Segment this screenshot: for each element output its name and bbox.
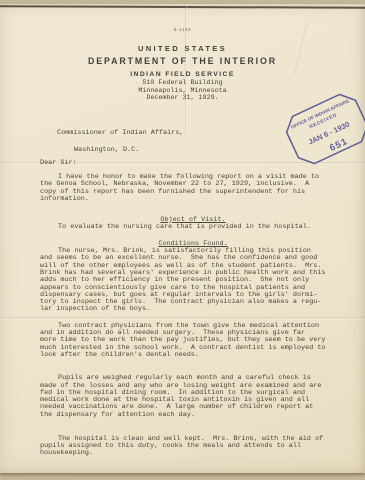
letterhead: 5-1142 UNITED STATES DEPARTMENT OF THE I… [0, 27, 365, 103]
form-number: 5-1142 [0, 27, 365, 32]
typed-line: information. [40, 196, 346, 203]
letter-page: 5-1142 UNITED STATES DEPARTMENT OF THE I… [0, 4, 365, 473]
conditions-paragraph-1: The nurse, Mrs. Brink, is satisfactorily… [40, 248, 346, 314]
typed-line: lar inspection of the boys. [40, 306, 346, 313]
recipient-line1: Commissioner of Indian Affairs, [57, 130, 183, 137]
intro-paragraph: I have the honor to make the following r… [40, 174, 346, 203]
letterhead-service: INDIAN FIELD SERVICE [0, 71, 365, 78]
letterhead-department: DEPARTMENT OF THE INTERIOR [0, 56, 365, 66]
letterhead-date: December 31, 1929. [0, 95, 365, 103]
letter-body: I have the honor to make the following r… [40, 174, 346, 457]
typed-line: look after the children's dental needs. [40, 352, 346, 359]
typed-line: the dispensary for attention each day. [40, 412, 346, 419]
recipient-line2: Washington, D.C. [74, 147, 183, 154]
object-of-visit-paragraph: To evaluate the nursing care that is pro… [40, 224, 346, 231]
stamp-number-line: 651 [328, 136, 350, 154]
conditions-paragraph-4: The hospital is clean and well kept. Mrs… [40, 436, 346, 458]
recipient-block: Commissioner of Indian Affairs, Washingt… [57, 130, 183, 155]
letterhead-country: UNITED STATES [0, 44, 365, 53]
paper-top-edge [0, 5, 365, 9]
typed-line: To evaluate the nursing care that is pro… [40, 224, 346, 231]
salutation: Dear Sir: [40, 160, 77, 167]
conditions-paragraph-3: Pupils are weighed regularly each month … [40, 375, 346, 419]
conditions-paragraph-2: Two contract physicians from the town gi… [40, 323, 346, 359]
typed-line: housekeeping. [40, 450, 346, 457]
